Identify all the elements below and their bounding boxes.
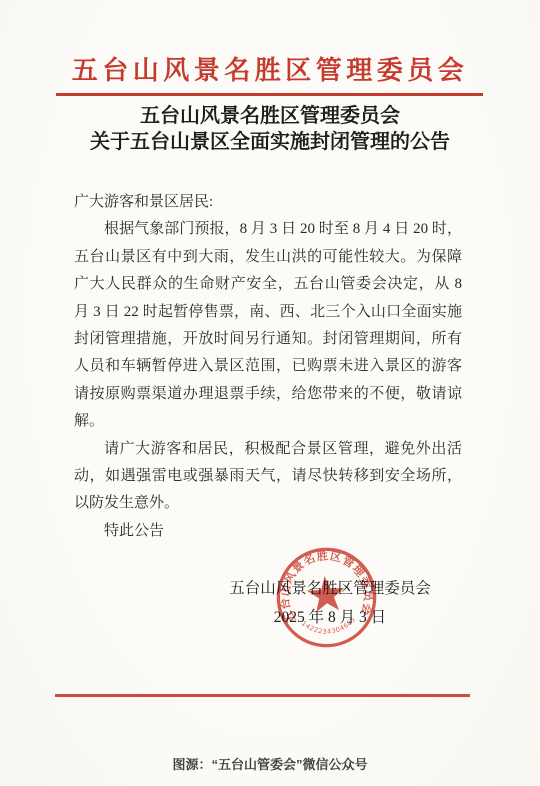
letterhead-divider [56, 93, 483, 96]
body-paragraph-1: 根据气象部门预报，8 月 3 日 20 时至 8 月 4 日 20 时，五台山景… [74, 216, 462, 435]
official-seal-stamp: 五台山风景名胜区管理委员会 1422234304685 [258, 529, 396, 667]
document-title-line2: 关于五台山景区全面实施封闭管理的公告 [0, 129, 540, 155]
document-body: 广大游客和景区居民: 根据气象部门预报，8 月 3 日 20 时至 8 月 4 … [74, 189, 462, 545]
letterhead-org-name: 五台山风景名胜区管理委员会 [0, 50, 540, 87]
body-paragraph-2: 请广大游客和居民，积极配合景区管理，避免外出活动，如遇强雷电或强暴雨天气，请尽快… [74, 436, 462, 518]
bottom-divider [55, 694, 470, 697]
image-source-caption: 图源：“五台山管委会”微信公众号 [0, 754, 540, 773]
svg-text:1422234304685: 1422234304685 [300, 615, 359, 638]
seal-code: 1422234304685 [300, 615, 359, 638]
salutation: 广大游客和景区居民: [74, 189, 462, 216]
document-title: 五台山风景名胜区管理委员会 关于五台山景区全面实施封闭管理的公告 [0, 103, 540, 155]
document-title-line1: 五台山风景名胜区管理委员会 [0, 103, 540, 129]
seal-star-icon [306, 574, 346, 612]
announcement-document: 五台山风景名胜区管理委员会 五台山风景名胜区管理委员会 关于五台山景区全面实施封… [0, 0, 540, 786]
